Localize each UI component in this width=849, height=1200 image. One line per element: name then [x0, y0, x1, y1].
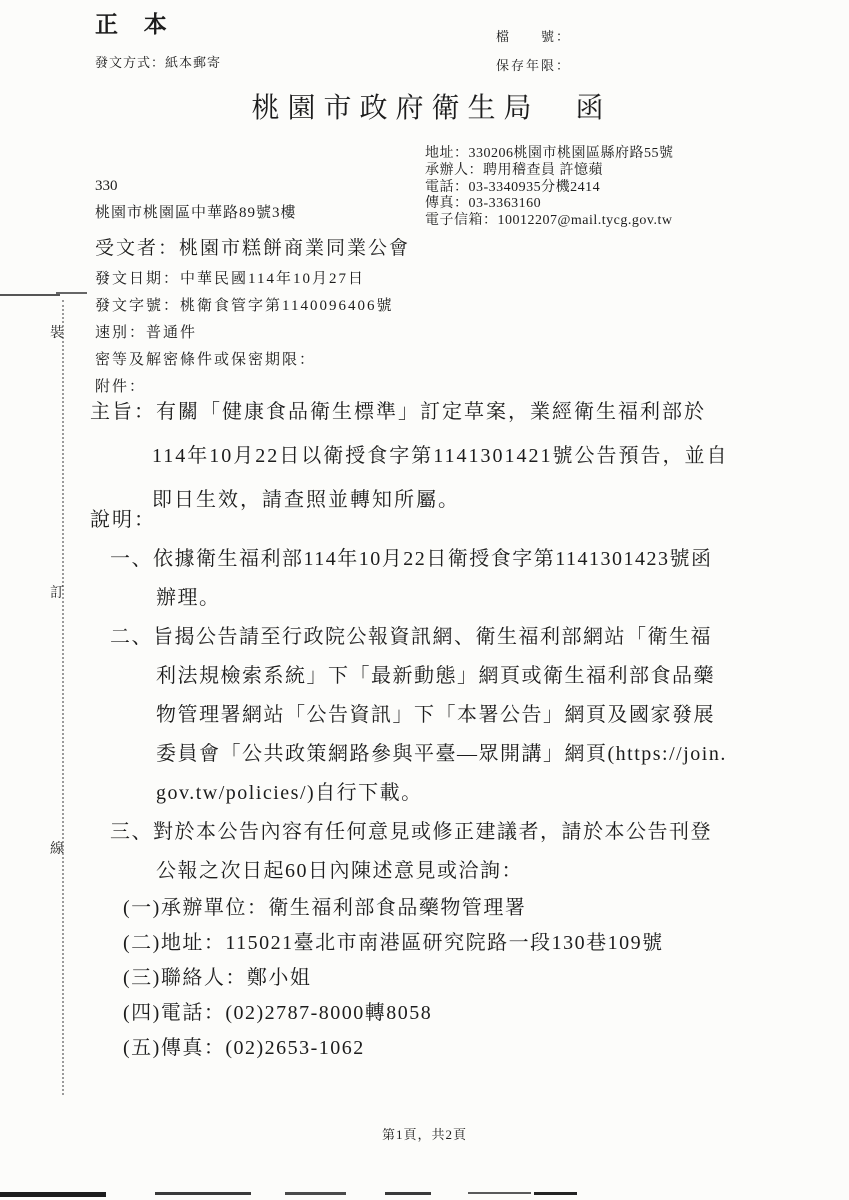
- sender-email: 電子信箱：10012207@mail.tycg.gov.tw: [425, 213, 674, 230]
- sub-item-phone: (四)電話：(02)2787-8000轉8058: [123, 996, 802, 1031]
- fold-mark-line: [56, 292, 87, 294]
- speed-class: 速別：普通件: [95, 320, 393, 347]
- issue-date: 發文日期：中華民國114年10月27日: [95, 266, 393, 293]
- recipient-line: 受文者：桃園市糕餅商業同業公會: [95, 233, 410, 260]
- item-text: 旨揭公告請至行政院公報資訊網、衛生福利部網站「衛生福 利法規檢索系統」下「最新動…: [153, 626, 727, 804]
- binding-dotted-line: [62, 300, 64, 1095]
- sender-info-block: 地址：330206桃園市桃園區縣府路55號 承辦人：聘用稽查員 許憶蘋 電話：0…: [425, 146, 674, 230]
- subject-text: 有關「健康食品衛生標準」訂定草案，業經衛生福利部於 114年10月22日以衛授食…: [152, 401, 729, 511]
- scan-artifact: [468, 1192, 531, 1194]
- sub-item-agency: (一)承辦單位：衛生福利部食品藥物管理署: [123, 891, 802, 926]
- scan-artifact: [285, 1192, 346, 1195]
- explanation-label: 說明：: [90, 500, 802, 540]
- recipient-postal-code: 330: [95, 178, 118, 195]
- page-number-footer: 第1頁，共2頁: [0, 1124, 849, 1143]
- item-text: 對於本公告內容有任何意見或修正建議者，請於本公告刊登 公報之次日起60日內陳述意…: [153, 821, 712, 882]
- sub-item-fax: (五)傳真：(02)2653-1062: [123, 1031, 802, 1066]
- item-marker: 一、: [110, 548, 153, 570]
- sender-contact-person: 承辦人：聘用稽查員 許憶蘋: [425, 163, 674, 180]
- copy-type-label: 正 本: [95, 6, 177, 39]
- item-text: 依據衛生福利部114年10月22日衛授食字第1141301423號函 辦理。: [153, 548, 713, 609]
- sender-fax: 傳真：03-3363160: [425, 196, 674, 213]
- sender-phone: 電話：03-3340935分機2414: [425, 180, 674, 197]
- scan-artifact: [155, 1192, 251, 1195]
- sub-item-address: (二)地址：115021臺北市南港區研究院路一段130巷109號: [123, 926, 802, 961]
- document-title: 桃園市政府衛生局 函: [0, 86, 849, 126]
- subject-label: 主旨：: [90, 401, 156, 423]
- binding-mark-zhuang: 裝: [49, 322, 65, 342]
- item-marker: 三、: [110, 821, 153, 843]
- delivery-method-label: 發文方式：紙本郵寄: [95, 52, 221, 71]
- explanation-section: 說明： 一、依據衛生福利部114年10月22日衛授食字第1141301423號函…: [90, 500, 802, 1066]
- sender-address: 地址：330206桃園市桃園區縣府路55號: [425, 146, 674, 163]
- explanation-item-2: 二、旨揭公告請至行政院公報資訊網、衛生福利部網站「衛生福 利法規檢索系統」下「最…: [110, 618, 802, 813]
- document-meta-block: 發文日期：中華民國114年10月27日 發文字號：桃衛食管字第114009640…: [95, 266, 393, 401]
- binding-mark-xian: 線: [49, 838, 65, 858]
- security-class: 密等及解密條件或保密期限：: [95, 347, 393, 374]
- file-number-label: 檔 號：: [496, 26, 571, 45]
- binding-mark-ding: 訂: [49, 582, 65, 602]
- recipient-address: 桃園市桃園區中華路89號3樓: [95, 201, 297, 222]
- issue-number: 發文字號：桃衛食管字第1140096406號: [95, 293, 393, 320]
- explanation-item-3: 三、對於本公告內容有任何意見或修正建議者，請於本公告刊登 公報之次日起60日內陳…: [110, 813, 802, 891]
- sub-item-contact: (三)聯絡人：鄭小姐: [123, 961, 802, 996]
- retention-period-label: 保存年限：: [496, 55, 571, 74]
- fold-mark-line: [0, 294, 60, 296]
- scan-artifact: [534, 1192, 577, 1195]
- item-marker: 二、: [110, 626, 153, 648]
- scan-artifact: [385, 1192, 431, 1195]
- explanation-item-1: 一、依據衛生福利部114年10月22日衛授食字第1141301423號函 辦理。: [110, 540, 802, 618]
- scan-artifact: [0, 1192, 106, 1197]
- scanned-official-letter: 正 本 發文方式：紙本郵寄 檔 號： 保存年限： 桃園市政府衛生局 函 地址：3…: [0, 0, 849, 1200]
